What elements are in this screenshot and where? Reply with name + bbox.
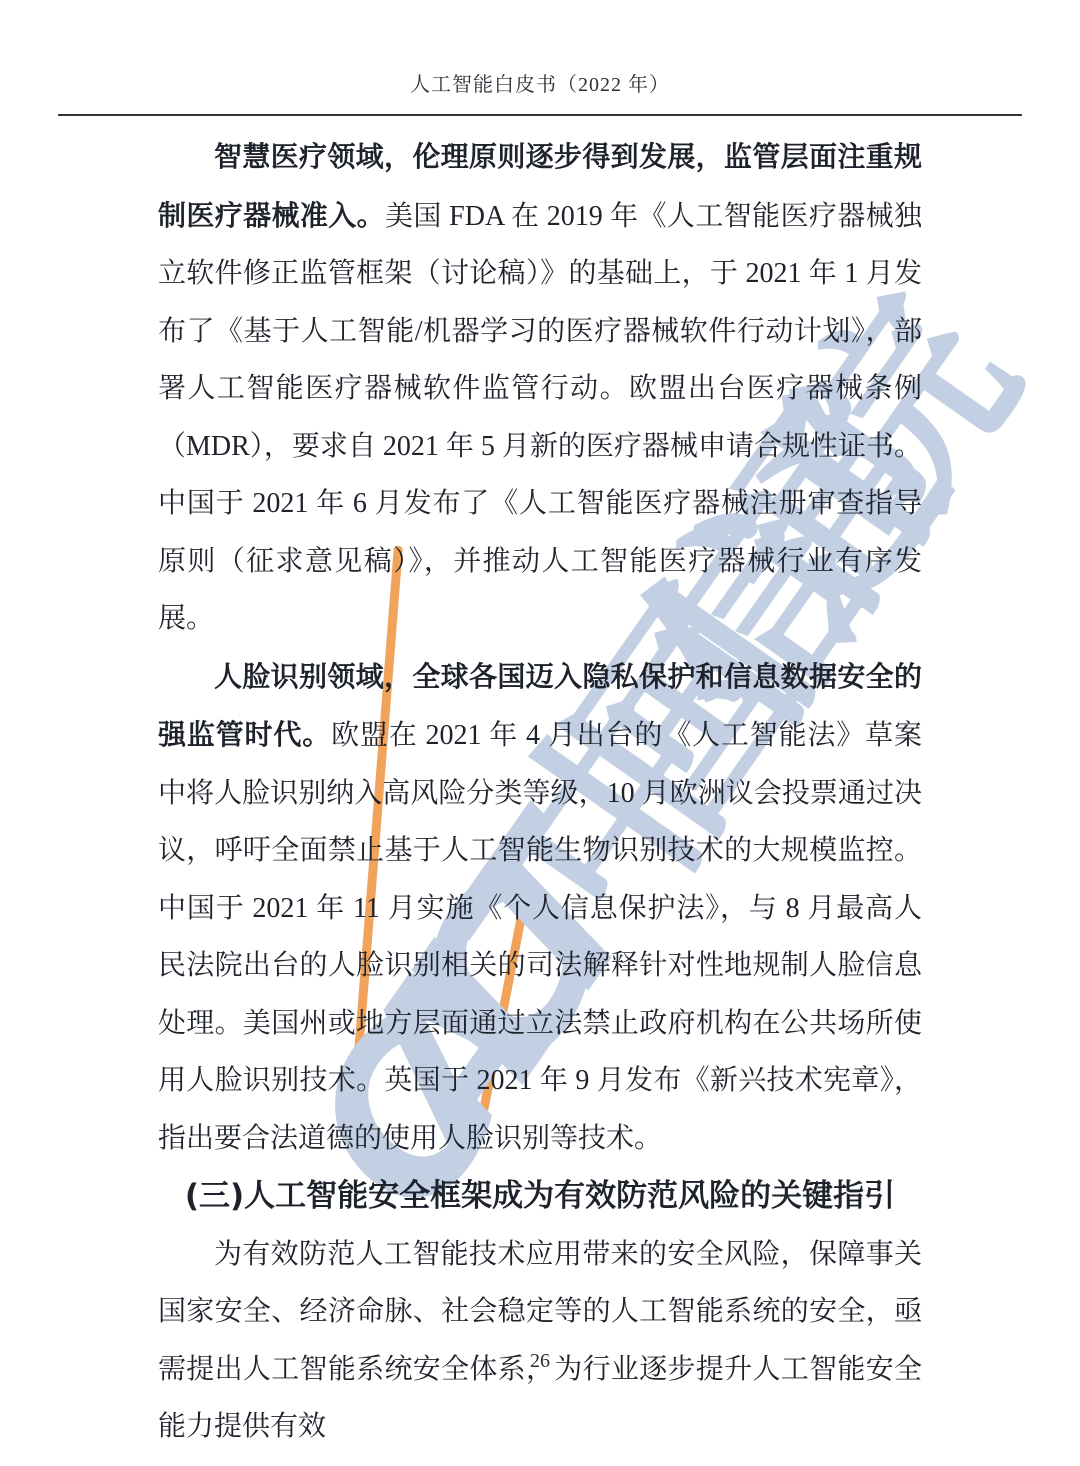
header-rule bbox=[58, 114, 1022, 116]
text-run: 欧盟在 2021 年 4 月出台的《人工智能法》草案中将人脸识别纳入高风险分类等… bbox=[158, 720, 922, 1154]
paragraph: 智慧医疗领域，伦理原则逐步得到发展，监管层面注重规制医疗器械准入。美国 FDA … bbox=[158, 128, 922, 648]
text-run: 美国 FDA 在 2019 年《人工智能医疗器械独立软件修正监管框架（讨论稿）》… bbox=[158, 201, 922, 635]
text-run: 为有效防范人工智能技术应用带来的安全风险，保障事关国家安全、经济命脉、社会稳定等… bbox=[158, 1239, 922, 1443]
paragraph: 为有效防范人工智能技术应用带来的安全风险，保障事关国家安全、经济命脉、社会稳定等… bbox=[158, 1226, 922, 1456]
bold-text-run: (三)人工智能安全框架成为有效防范风险的关键指引 bbox=[185, 1178, 895, 1214]
section-heading: (三)人工智能安全框架成为有效防范风险的关键指引 bbox=[158, 1167, 922, 1226]
running-header-title: 人工智能白皮书（2022 年） bbox=[0, 68, 1080, 97]
page-number: 26 bbox=[0, 1350, 1080, 1373]
paragraph: 人脸识别领域，全球各国迈入隐私保护和信息数据安全的强监管时代。欧盟在 2021 … bbox=[158, 648, 922, 1168]
document-page: CAICT中国信通院 人工智能白皮书（2022 年） 智慧医疗领域，伦理原则逐步… bbox=[0, 0, 1080, 1466]
page-body: 智慧医疗领域，伦理原则逐步得到发展，监管层面注重规制医疗器械准入。美国 FDA … bbox=[158, 128, 922, 1456]
